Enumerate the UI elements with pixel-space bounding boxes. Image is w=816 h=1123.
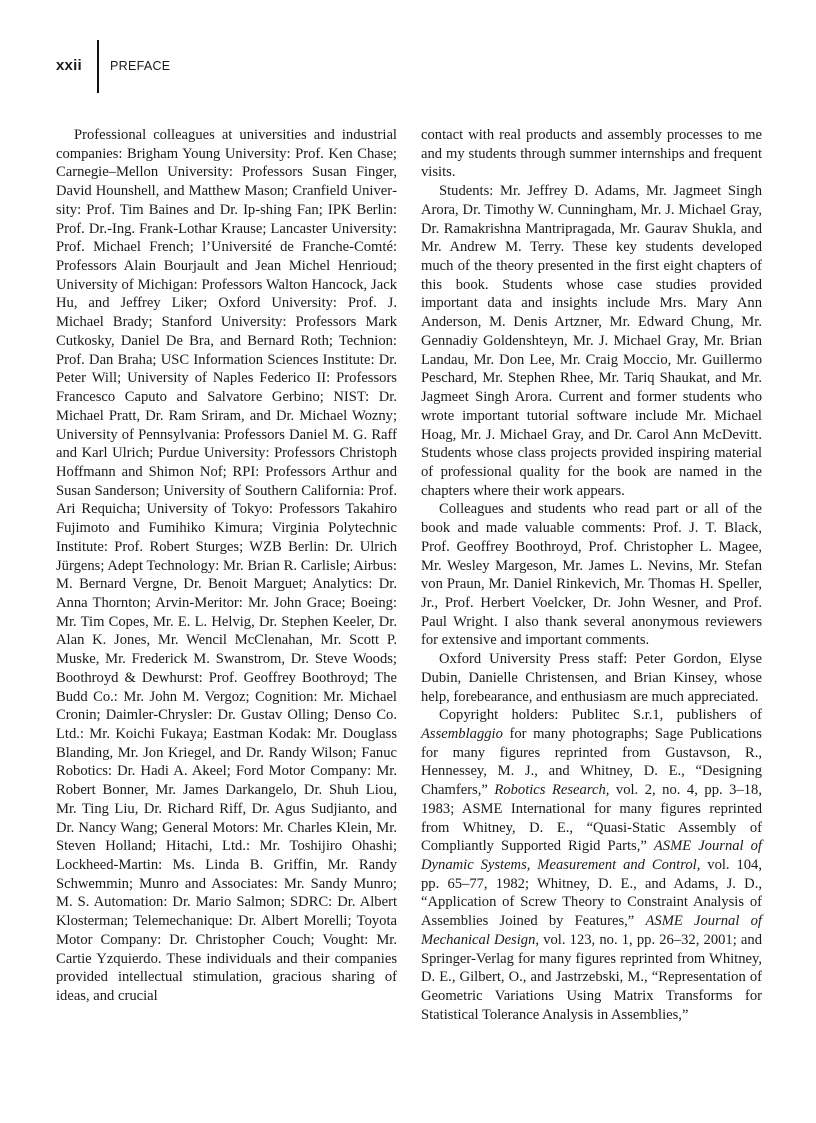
paragraph-colleagues-reviewers: Colleagues and students who read part or… (421, 500, 762, 650)
page-number: xxii (56, 57, 82, 74)
paragraph-oup-staff: Oxford University Press staff: Peter Gor… (421, 650, 762, 706)
right-column: contact with real products and assembly … (421, 126, 762, 1025)
page-header: xxii PREFACE (0, 0, 816, 100)
title-robotics-research: Robotics Research, (494, 782, 609, 798)
text-run: Copyright holders: Publitec S.r.1, publi… (439, 707, 762, 723)
title-assemblaggio: Assemblaggio (421, 726, 503, 742)
running-head: PREFACE (110, 59, 170, 73)
left-column: Professional colleagues at universities … (56, 126, 397, 1006)
paragraph-professional-colleagues: Professional colleagues at universities … (56, 126, 397, 1006)
paragraph-students: Students: Mr. Jeffrey D. Adams, Mr. Jagm… (421, 182, 762, 500)
header-divider (97, 40, 99, 93)
paragraph-continuation: contact with real products and assembly … (421, 126, 762, 182)
paragraph-copyright-holders: Copyright holders: Publitec S.r.1, publi… (421, 706, 762, 1024)
